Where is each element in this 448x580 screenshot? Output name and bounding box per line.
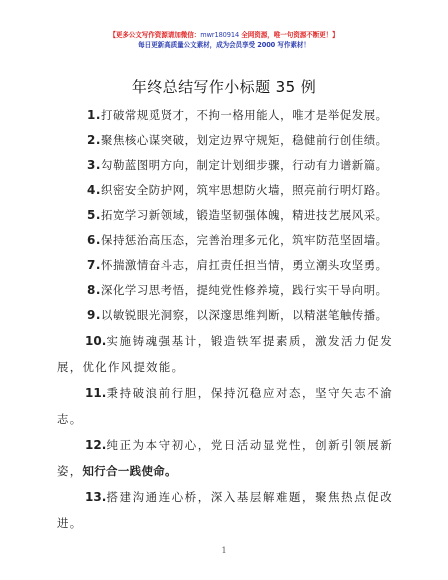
item-text: 深化学习思考悟，提纯党性修养境，践行实干导向明。	[101, 283, 388, 297]
item-text: 织密安全防护网，筑牢思想防火墙，照亮前行明灯路。	[101, 183, 388, 197]
promo-wechat-id: mwr180914	[200, 31, 239, 39]
item-text: 拓宽学习新领域，锻造坚韧强体魄，精进技艺展风采。	[101, 208, 388, 222]
item-number: 13.	[85, 490, 106, 504]
list-item: 8.深化学习思考悟，提纯党性修养境，践行实干导向明。	[57, 278, 393, 303]
list-item: 1.打破常规觅贤才，不拘一格用能人，唯才是举促发展。	[57, 103, 393, 128]
item-text: 勾勒蓝图明方向，制定计划细步骤，行动有力谱新篇。	[101, 158, 388, 172]
item-number: 7.	[87, 258, 101, 272]
item-text: 聚焦核心谋突破，划定边界守规矩，稳健前行创佳绩。	[101, 133, 388, 147]
list-item: 13.搭建沟通连心桥，深入基层解难题，聚焦热点促改进。	[57, 484, 393, 536]
list-item: 11.秉持破浪前行胆，保持沉稳应对态，坚守矢志不渝志。	[57, 380, 393, 432]
promo-banner-line1: 【更多公文写作资源请加微信：mwr180914 全网资源，唯一句资源不断更！】	[0, 31, 448, 40]
list-item: 9.以敏锐眼光洞察，以深邃思维判断，以精湛笔触传播。	[57, 303, 393, 328]
list-item: 12.纯正为本守初心，党日活动显党性，创新引领展新姿，知行合一践使命。	[57, 432, 393, 484]
item-number: 12.	[85, 438, 106, 452]
item-number: 10.	[85, 334, 106, 348]
item-text: 打破常规觅贤才，不拘一格用能人，唯才是举促发展。	[101, 108, 388, 122]
item-text: 秉持破浪前行胆，保持沉稳应对态，坚守矢志不渝志。	[57, 386, 393, 426]
item-number: 11.	[85, 386, 106, 400]
list-item: 6.保持惩治高压态，完善治理多元化，筑牢防范坚固墙。	[57, 228, 393, 253]
document-page: 【更多公文写作资源请加微信：mwr180914 全网资源，唯一句资源不断更！】 …	[0, 0, 448, 580]
promo-banner-prefix: 【更多公文写作资源请加微信：	[109, 31, 200, 39]
list-item: 2.聚焦核心谋突破，划定边界守规矩，稳健前行创佳绩。	[57, 128, 393, 153]
item-number: 6.	[87, 233, 101, 247]
document-title: 年终总结写作小标题 35 例	[0, 77, 448, 97]
page-number: 1	[0, 546, 448, 555]
subtitle-list: 1.打破常规觅贤才，不拘一格用能人，唯才是举促发展。 2.聚焦核心谋突破，划定边…	[57, 103, 393, 536]
item-text: 实施铸魂强基计，锻造铁军提素质，激发活力促发展，优化作风提效能。	[57, 334, 393, 374]
item-number: 5.	[87, 208, 101, 222]
item-text: 保持惩治高压态，完善治理多元化，筑牢防范坚固墙。	[101, 233, 388, 247]
list-item: 5.拓宽学习新领域，锻造坚韧强体魄，精进技艺展风采。	[57, 203, 393, 228]
item-number: 8.	[87, 283, 101, 297]
item-number: 9.	[87, 308, 101, 322]
list-item: 3.勾勒蓝图明方向，制定计划细步骤，行动有力谱新篇。	[57, 153, 393, 178]
promo-banner-suffix: 全网资源，唯一句资源不断更！】	[239, 31, 339, 39]
item-number: 2.	[87, 133, 101, 147]
item-text-bold: 知行合一践使命。	[82, 464, 176, 478]
list-item: 4.织密安全防护网，筑牢思想防火墙，照亮前行明灯路。	[57, 178, 393, 203]
item-text: 以敏锐眼光洞察，以深邃思维判断，以精湛笔触传播。	[101, 308, 388, 322]
promo-banner-line2: 每日更新高质量公文素材，成为会员享受 2000 写作素材！	[0, 41, 448, 50]
list-item: 7.怀揣激情奋斗志，肩扛责任担当情，勇立潮头攻坚勇。	[57, 253, 393, 278]
item-number: 4.	[87, 183, 101, 197]
item-number: 3.	[87, 158, 101, 172]
item-number: 1.	[87, 108, 101, 122]
item-text: 怀揣激情奋斗志，肩扛责任担当情，勇立潮头攻坚勇。	[101, 258, 388, 272]
list-item: 10.实施铸魂强基计，锻造铁军提素质，激发活力促发展，优化作风提效能。	[57, 328, 393, 380]
item-text: 搭建沟通连心桥，深入基层解难题，聚焦热点促改进。	[57, 490, 393, 530]
